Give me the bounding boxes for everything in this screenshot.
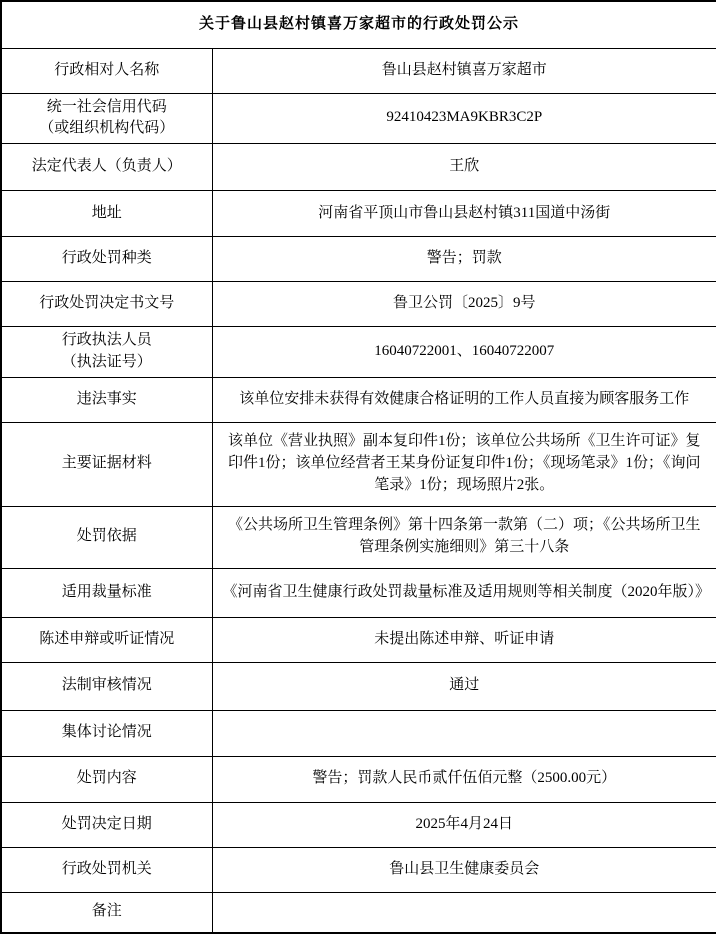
row-address: 地址 河南省平顶山市鲁山县赵村镇311国道中汤街 <box>1 191 716 237</box>
row-penalty-basis: 处罚依据 《公共场所卫生管理条例》第十四条第一款第（二）项；《公共场所卫生管理条… <box>1 506 716 568</box>
row-decision-number: 行政处罚决定书文号 鲁卫公罚〔2025〕9号 <box>1 282 716 327</box>
field-label: 行政处罚种类 <box>1 237 212 282</box>
row-evidence-materials: 主要证据材料 该单位《营业执照》副本复印件1份；该单位公共场所《卫生许可证》复印… <box>1 422 716 506</box>
field-label: 行政执法人员 （执法证号） <box>1 327 212 378</box>
field-value: 通过 <box>212 662 716 710</box>
row-entity-name: 行政相对人名称 鲁山县赵村镇喜万家超市 <box>1 48 716 93</box>
field-label: 集体讨论情况 <box>1 710 212 756</box>
row-statement-hearing: 陈述申辩或听证情况 未提出陈述申辩、听证申请 <box>1 617 716 662</box>
row-legal-representative: 法定代表人（负责人） 王欣 <box>1 144 716 191</box>
row-decision-date: 处罚决定日期 2025年4月24日 <box>1 802 716 847</box>
field-value <box>212 710 716 756</box>
penalty-announcement-document: 关于鲁山县赵村镇喜万家超市的行政处罚公示 行政相对人名称 鲁山县赵村镇喜万家超市… <box>0 0 716 934</box>
field-value: 2025年4月24日 <box>212 802 716 847</box>
field-label: 行政处罚机关 <box>1 847 212 892</box>
penalty-table: 关于鲁山县赵村镇喜万家超市的行政处罚公示 行政相对人名称 鲁山县赵村镇喜万家超市… <box>0 0 716 934</box>
field-value <box>212 892 716 933</box>
field-value: 警告；罚款 <box>212 237 716 282</box>
field-label: 陈述申辩或听证情况 <box>1 617 212 662</box>
field-value: 《公共场所卫生管理条例》第十四条第一款第（二）项；《公共场所卫生管理条例实施细则… <box>212 506 716 568</box>
field-label: 统一社会信用代码 （或组织机构代码） <box>1 93 212 144</box>
field-value: 该单位安排未获得有效健康合格证明的工作人员直接为顾客服务工作 <box>212 377 716 422</box>
field-label: 行政处罚决定书文号 <box>1 282 212 327</box>
field-value: 92410423MA9KBR3C2P <box>212 93 716 144</box>
field-label: 违法事实 <box>1 377 212 422</box>
field-value: 河南省平顶山市鲁山县赵村镇311国道中汤街 <box>212 191 716 237</box>
field-label: 备注 <box>1 892 212 933</box>
row-penalty-content: 处罚内容 警告；罚款人民币贰仟伍佰元整（2500.00元） <box>1 756 716 802</box>
field-value: 鲁山县卫生健康委员会 <box>212 847 716 892</box>
field-label: 法定代表人（负责人） <box>1 144 212 191</box>
row-collective-discussion: 集体讨论情况 <box>1 710 716 756</box>
field-label: 主要证据材料 <box>1 422 212 506</box>
field-value: 王欣 <box>212 144 716 191</box>
field-value: 未提出陈述申辩、听证申请 <box>212 617 716 662</box>
row-penalty-authority: 行政处罚机关 鲁山县卫生健康委员会 <box>1 847 716 892</box>
page-title: 关于鲁山县赵村镇喜万家超市的行政处罚公示 <box>1 1 716 48</box>
row-discretion-standard: 适用裁量标准 《河南省卫生健康行政处罚裁量标准及适用规则等相关制度（2020年版… <box>1 568 716 617</box>
field-label: 适用裁量标准 <box>1 568 212 617</box>
field-label: 处罚内容 <box>1 756 212 802</box>
field-value: 鲁卫公罚〔2025〕9号 <box>212 282 716 327</box>
field-value: 《河南省卫生健康行政处罚裁量标准及适用规则等相关制度（2020年版）》 <box>212 568 716 617</box>
field-label: 地址 <box>1 191 212 237</box>
row-illegal-facts: 违法事实 该单位安排未获得有效健康合格证明的工作人员直接为顾客服务工作 <box>1 377 716 422</box>
row-remarks: 备注 <box>1 892 716 933</box>
field-value: 警告；罚款人民币贰仟伍佰元整（2500.00元） <box>212 756 716 802</box>
row-credit-code: 统一社会信用代码 （或组织机构代码） 92410423MA9KBR3C2P <box>1 93 716 144</box>
field-label: 处罚依据 <box>1 506 212 568</box>
field-value: 该单位《营业执照》副本复印件1份；该单位公共场所《卫生许可证》复印件1份；该单位… <box>212 422 716 506</box>
row-enforcement-officers: 行政执法人员 （执法证号） 16040722001、16040722007 <box>1 327 716 378</box>
row-penalty-type: 行政处罚种类 警告；罚款 <box>1 237 716 282</box>
field-label: 法制审核情况 <box>1 662 212 710</box>
field-value: 16040722001、16040722007 <box>212 327 716 378</box>
title-row: 关于鲁山县赵村镇喜万家超市的行政处罚公示 <box>1 1 716 48</box>
field-label: 处罚决定日期 <box>1 802 212 847</box>
field-value: 鲁山县赵村镇喜万家超市 <box>212 48 716 93</box>
row-legal-review: 法制审核情况 通过 <box>1 662 716 710</box>
field-label: 行政相对人名称 <box>1 48 212 93</box>
